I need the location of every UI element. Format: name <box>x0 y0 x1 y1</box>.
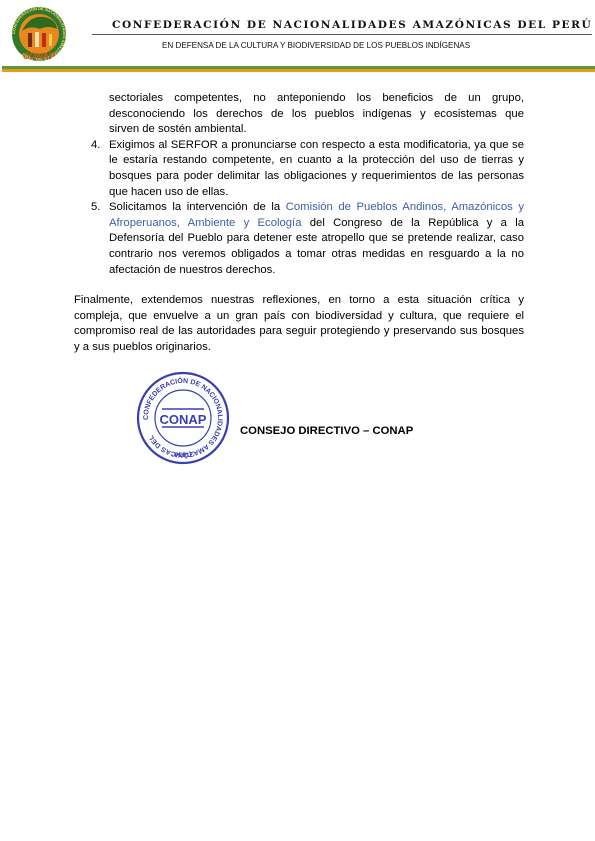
list-item-4: 4. Exigimos al SERFOR a pronunciarse con… <box>74 138 524 200</box>
list-item-text: Exigimos al SERFOR a pronunciarse con re… <box>109 139 524 198</box>
list-number: 5. <box>91 200 100 216</box>
conap-logo-icon: CONFEDERACIÓN DE NACIONALIDADES AMAZÓNIC… <box>10 5 68 63</box>
list-item-5: 5. Solicitamos la intervención de la Com… <box>74 200 524 278</box>
text-line: sectoriales competentes, no anteponiendo… <box>109 91 524 107</box>
seal-bottom-text: - PERÚ - <box>171 452 195 459</box>
closing-paragraph: Finalmente, extendemos nuestras reflexio… <box>74 293 524 355</box>
letterhead: CONFEDERACIÓN DE NACIONALIDADES AMAZÓNIC… <box>0 0 595 75</box>
text-line: desconociendo los derechos de los pueblo… <box>109 107 524 123</box>
organization-name: CONFEDERACIÓN DE NACIONALIDADES AMAZÓNIC… <box>112 19 592 31</box>
list-number: 4. <box>91 138 100 154</box>
logo-text: CONAP <box>23 51 56 61</box>
text-line: sirven de sostén ambiental. <box>109 122 524 138</box>
title-divider <box>92 34 592 35</box>
tagline: EN DEFENSA DE LA CULTURA Y BIODIVERSIDAD… <box>162 41 470 50</box>
header-band-orange <box>2 69 595 72</box>
document-body: sectoriales competentes, no anteponiendo… <box>74 91 524 356</box>
conap-seal-icon: CONFEDERACIÓN DE NACIONALIDADES AMAZÓNIC… <box>136 371 230 465</box>
list-item-text: Solicitamos la intervención de la <box>109 201 286 213</box>
seal-center-text: CONAP <box>160 412 207 427</box>
continuation-text: sectoriales competentes, no anteponiendo… <box>74 91 524 138</box>
signatory: CONSEJO DIRECTIVO – CONAP <box>240 425 413 437</box>
